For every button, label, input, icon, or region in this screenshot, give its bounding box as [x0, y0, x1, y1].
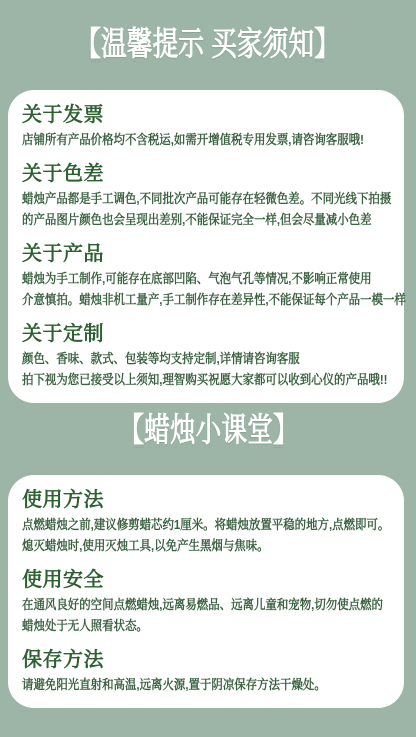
notice-title-color-difference: 关于色差 [22, 162, 390, 187]
class-section-safety: 使用安全 在通风良好的空间点燃蜡烛,远离易燃品、远离儿童和宠物,切勿使点燃的 蜡… [22, 568, 390, 636]
class-body-line: 熄灭蜡烛时,使用灭烛工具,以免产生黑烟与焦味。 [22, 535, 346, 556]
notice-section-product: 关于产品 蜡烛为手工制作,可能存在底部凹陷、气泡气孔等情况,不影响正常使用 介意… [22, 242, 390, 310]
section-header-candle-class-text: 【蜡烛小课堂】 [118, 411, 298, 449]
notice-body-line: 颜色、香味、款式、包装等均支持定制,详情请咨询客服 [22, 348, 346, 369]
class-section-storage: 保存方法 请避免阳光直射和高温,远离火源,置于阴凉保存方法干燥处。 [22, 648, 390, 695]
product-notice-page: 【温馨提示 买家须知】 【温馨提示 买家须知】 关于发票 店铺所有产品价格均不含… [0, 0, 416, 737]
section-header-candle-class-reflection: 【蜡烛小课堂】 [0, 447, 416, 463]
notice-title-customization: 关于定制 [22, 322, 390, 347]
notice-section-customization: 关于定制 颜色、香味、款式、包装等均支持定制,详情请咨询客服 拍下视为您已接受以… [22, 322, 390, 390]
class-title-safety: 使用安全 [22, 568, 390, 593]
notice-body-line: 的产品图片颜色也会呈现出差别,不能保证完全一样,但会尽量减小色差 [22, 209, 346, 230]
notice-section-invoice: 关于发票 店铺所有产品价格均不含税运,如需开增值税专用发票,请咨询客服哦! [22, 103, 390, 150]
notice-title-product: 关于产品 [22, 242, 390, 267]
notice-body-line: 蜡烛为手工制作,可能存在底部凹陷、气泡气孔等情况,不影响正常使用 [22, 268, 346, 289]
class-section-usage: 使用方法 点燃蜡烛之前,建议修剪蜡芯约1厘米。将蜡烛放置平稳的地方,点燃即可。 … [22, 488, 390, 556]
notice-body-line: 介意慎拍。蜡烛非机工量产,手工制作存在差异性,不能保证每个产品一模一样 [22, 289, 346, 310]
notice-body-line: 蜡烛产品都是手工调色,不同批次产品可能存在轻微色差。不同光线下拍摄 [22, 188, 346, 209]
class-body-line: 蜡烛处于无人照看状态。 [22, 615, 346, 636]
class-body-line: 点燃蜡烛之前,建议修剪蜡芯约1厘米。将蜡烛放置平稳的地方,点燃即可。 [22, 514, 346, 535]
buyer-notice-card: 关于发票 店铺所有产品价格均不含税运,如需开增值税专用发票,请咨询客服哦! 关于… [8, 90, 404, 403]
notice-title-invoice: 关于发票 [22, 103, 390, 128]
class-body-line: 在通风良好的空间点燃蜡烛,远离易燃品、远离儿童和宠物,切勿使点燃的 [22, 594, 346, 615]
section-header-candle-class: 【蜡烛小课堂】 【蜡烛小课堂】 [0, 403, 416, 463]
notice-body-line: 店铺所有产品价格均不含税运,如需开增值税专用发票,请咨询客服哦! [22, 129, 346, 150]
reflection-fade-overlay [0, 447, 416, 463]
reflection-fade-overlay [0, 61, 416, 77]
section-header-buyer-notice-reflection: 【温馨提示 买家须知】 [0, 61, 416, 77]
class-title-usage: 使用方法 [22, 488, 390, 513]
class-body-line: 请避免阳光直射和高温,远离火源,置于阴凉保存方法干燥处。 [22, 674, 346, 695]
section-header-buyer-notice: 【温馨提示 买家须知】 【温馨提示 买家须知】 [0, 0, 416, 77]
notice-body-line: 拍下视为您已接受以上须知,理智购买祝愿大家都可以收到心仪的产品哦!! [22, 369, 346, 390]
class-title-storage: 保存方法 [22, 648, 390, 673]
section-header-buyer-notice-text: 【温馨提示 买家须知】 [76, 25, 341, 63]
candle-class-card: 使用方法 点燃蜡烛之前,建议修剪蜡芯约1厘米。将蜡烛放置平稳的地方,点燃即可。 … [8, 475, 404, 708]
notice-section-color-difference: 关于色差 蜡烛产品都是手工调色,不同批次产品可能存在轻微色差。不同光线下拍摄 的… [22, 162, 390, 230]
